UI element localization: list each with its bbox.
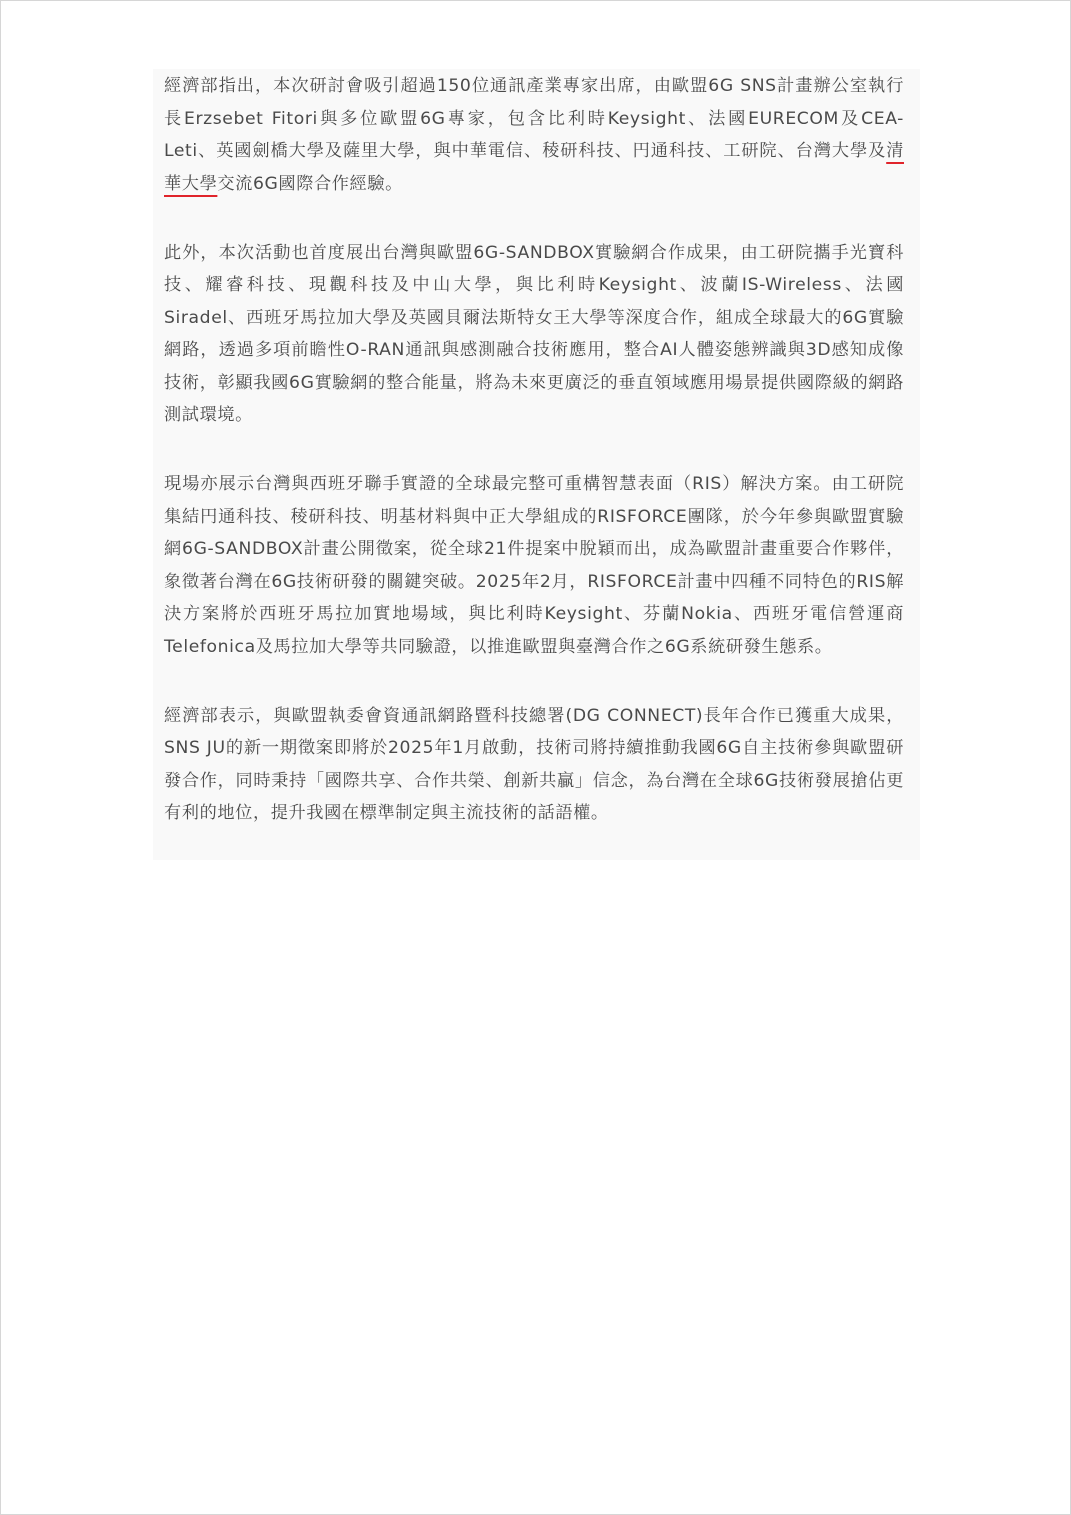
paragraph-2: 此外，本次活動也首度展出台灣與歐盟6G-SANDBOX實驗網合作成果，由工研院攜… [164, 237, 904, 432]
article-body: 經濟部指出，本次研討會吸引超過150位通訊產業專家出席，由歐盟6G SNS計畫辦… [153, 69, 920, 860]
paragraph-1-text-after: 交流6G國際合作經驗。 [217, 174, 403, 194]
paragraph-1-text-before: 經濟部指出，本次研討會吸引超過150位通訊產業專家出席，由歐盟6G SNS計畫辦… [164, 76, 904, 161]
paragraph-4: 經濟部表示，與歐盟執委會資通訊網路暨科技總署(DG CONNECT)長年合作已獲… [164, 700, 904, 830]
paragraph-3: 現場亦展示台灣與西班牙聯手實證的全球最完整可重構智慧表面（RIS）解決方案。由工… [164, 468, 904, 663]
paragraph-1: 經濟部指出，本次研討會吸引超過150位通訊產業專家出席，由歐盟6G SNS計畫辦… [164, 69, 904, 200]
